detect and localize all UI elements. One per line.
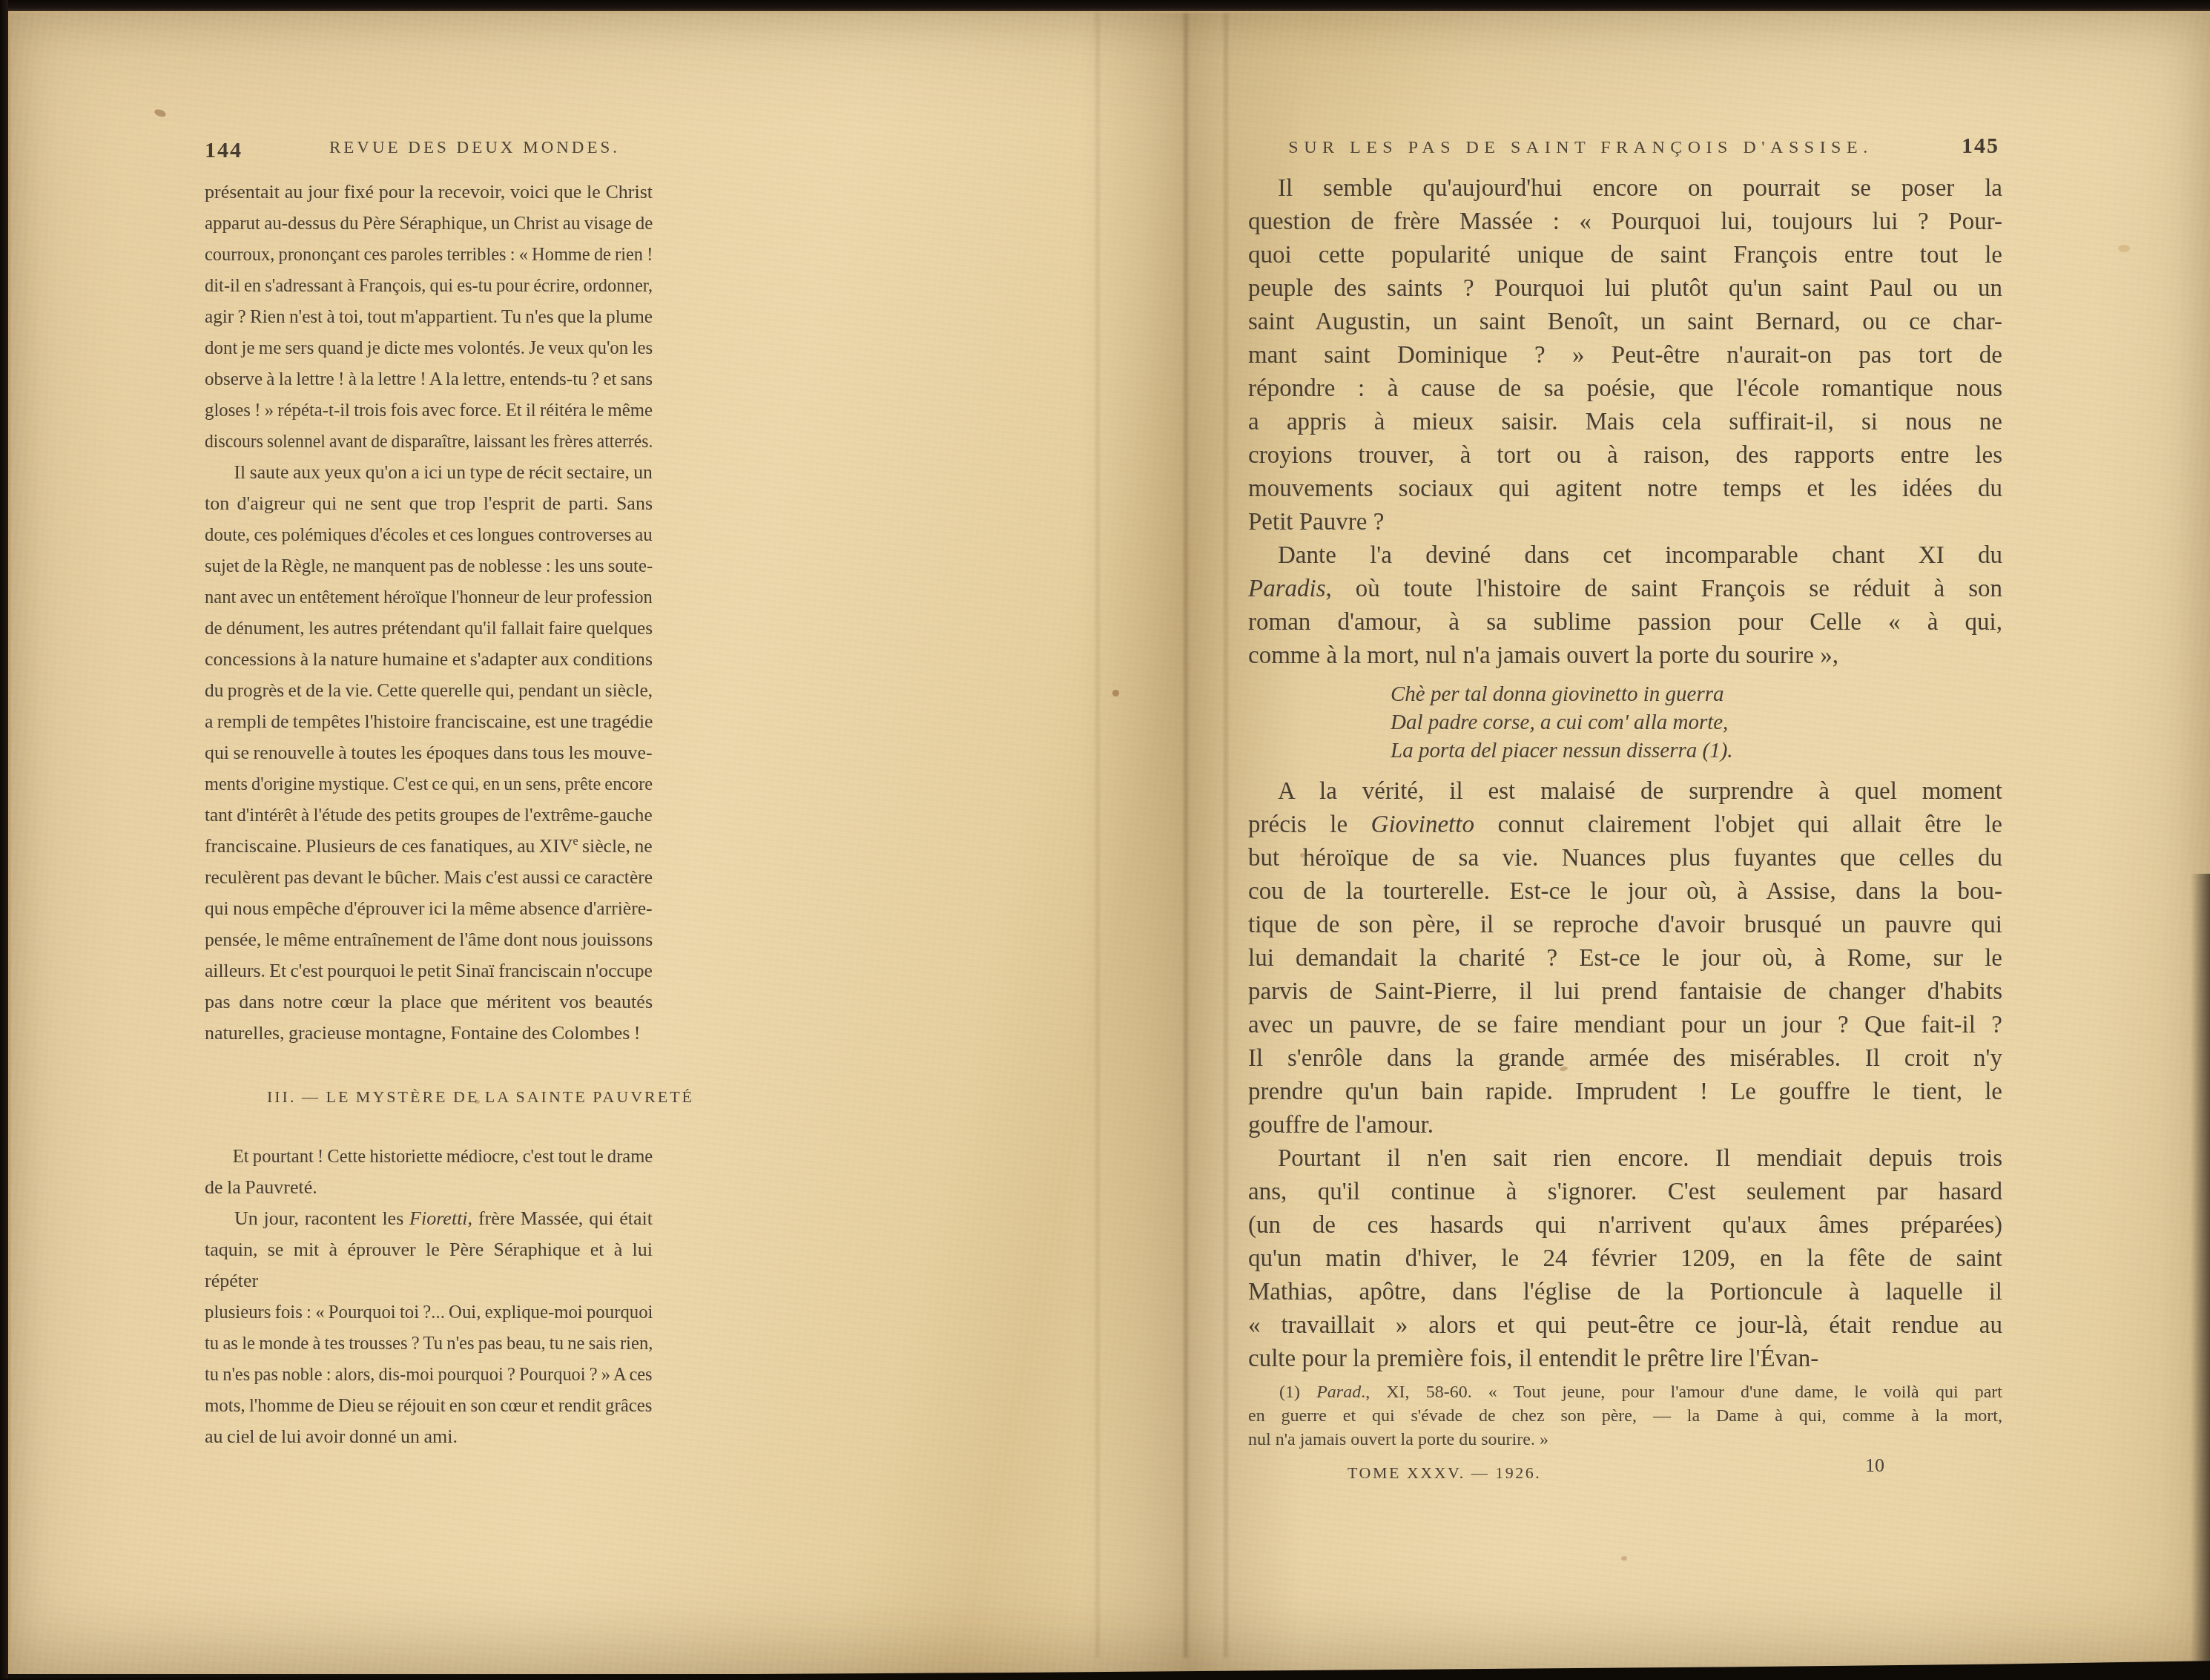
text-line: qui nous empêche d'éprouver ici la même …: [205, 893, 645, 924]
left-page-header: 144 REVUE DES DEUX MONDES.: [205, 138, 653, 168]
text-line: Petit Pauvre ?: [1248, 506, 2002, 539]
paragraph: présentait au jour fixé pour la recevoir…: [205, 177, 653, 457]
left-page-content: présentait au jour fixé pour la recevoir…: [205, 177, 653, 1452]
text-line: but héroïque de sa vie. Nuances plus fuy…: [1248, 842, 2002, 875]
text-line: apparut au-dessus du Père Séraphique, un…: [205, 208, 635, 239]
text-line: tant d'intérêt à l'étude des petits grou…: [205, 800, 639, 831]
right-page-content: Il semble qu'aujourd'hui encore on pourr…: [1248, 172, 2002, 1452]
text-line: parvis de Saint-Pierre, il lui prend fan…: [1248, 975, 2002, 1009]
tome-line: TOME XXXV. — 1926.: [1348, 1463, 1541, 1482]
text-line: ans, qu'il continue à s'ignorer. C'est s…: [1248, 1176, 2002, 1209]
text-line: gouffre de l'amour.: [1248, 1109, 2002, 1142]
paragraph: Il saute aux yeux qu'on a ici un type de…: [205, 457, 653, 1049]
text-line: a appris à mieux saisir. Mais cela suffi…: [1248, 406, 2002, 439]
footnote: (1) Parad., XI, 58-60. « Tout jeune, pou…: [1248, 1380, 2002, 1452]
left-running-title: REVUE DES DEUX MONDES.: [251, 138, 699, 157]
paragraph: A la vérité, il est malaisé de surprendr…: [1248, 775, 2002, 1142]
right-page-header: SUR LES PAS DE SAINT FRANÇOIS D'ASSISE. …: [1248, 138, 2002, 168]
text-line: Chè per tal donna giovinetto in guerra: [1391, 680, 2002, 708]
text-line: quoi cette popularité unique de saint Fr…: [1248, 239, 2002, 272]
text-line: culte pour la première fois, il entendit…: [1248, 1343, 2002, 1376]
text-line: tu n'es pas noble : alors, dis-moi pourq…: [205, 1359, 626, 1390]
scan-edge-top: [0, 0, 2210, 11]
scan-edge-left: [0, 0, 8, 1680]
text-line: agir ? Rien n'est à toi, tout m'appartie…: [205, 301, 639, 332]
scan-edge-right: [2191, 874, 2210, 1680]
text-line: Dante l'a deviné dans cet incomparable c…: [1248, 539, 2002, 573]
text-line: cou de la tourterelle. Est-ce le jour où…: [1248, 875, 2002, 909]
text-line: observe à la lettre ! à la lettre ! A la…: [205, 363, 637, 395]
paragraph: Dante l'a deviné dans cet incomparable c…: [1248, 539, 2002, 673]
text-line: roman d'amour, à sa sublime passion pour…: [1248, 606, 2002, 639]
text-line: répondre : à cause de sa poésie, que l'é…: [1248, 372, 2002, 406]
text-line: comme à la mort, nul n'a jamais ouvert l…: [1248, 639, 2002, 673]
text-line: reculèrent pas devant le bûcher. Mais c'…: [205, 862, 642, 893]
text-line: Pourtant il n'en sait rien encore. Il me…: [1248, 1142, 2002, 1176]
text-line: avec un pauvre, de se faire mendiant pou…: [1248, 1009, 2002, 1042]
right-page-footer: TOME XXXV. — 1926. 10: [1248, 1456, 2002, 1489]
text-line: précis le Giovinetto connut clairement l…: [1248, 808, 2002, 842]
text-line: Mathias, apôtre, dans l'église de la Por…: [1248, 1276, 2002, 1309]
text-line: lui demandait la charité ? Est-ce le jou…: [1248, 942, 2002, 975]
text-line: question de frère Massée : « Pourquoi lu…: [1248, 205, 2002, 239]
right-running-title: SUR LES PAS DE SAINT FRANÇOIS D'ASSISE.: [1204, 138, 1958, 158]
text-line: Il s'enrôle dans la grande armée des mis…: [1248, 1042, 2002, 1075]
page-left: 144 REVUE DES DEUX MONDES. présentait au…: [205, 0, 653, 1680]
text-line: Paradis, où toute l'histoire de saint Fr…: [1248, 573, 2002, 606]
paragraph: Un jour, racontent les Fioretti, frère M…: [205, 1203, 653, 1452]
text-line: mant saint Dominique ? » Peut-être n'aur…: [1248, 339, 2002, 372]
text-line: mouvements sociaux qui agitent notre tem…: [1248, 472, 2002, 506]
text-line: dit-il en s'adressant à François, qui es…: [205, 270, 627, 301]
text-line: qui se renouvelle à toutes les époques d…: [205, 737, 650, 768]
text-line: peuple des saints ? Pourquoi lui plutôt …: [1248, 272, 2002, 306]
text-line: discours solennel avant de disparaître, …: [205, 426, 613, 457]
text-line: Et pourtant ! Cette historiette médiocre…: [205, 1141, 628, 1172]
right-page-number: 145: [1962, 134, 1999, 159]
text-line: dont je me sers quand je dicte mes volon…: [205, 332, 634, 363]
text-line: courroux, prononçant ces paroles terribl…: [205, 239, 625, 270]
text-line: franciscaine. Plusieurs de ces fanatique…: [205, 831, 647, 862]
left-page-number: 144: [205, 138, 243, 163]
text-line: Dal padre corse, a cui com' alla morte,: [1391, 708, 2002, 737]
text-line: ments d'origine mystique. C'est ce qui, …: [205, 768, 623, 800]
text-line: Il saute aux yeux qu'on a ici un type de…: [205, 457, 647, 488]
text-line: (1) Parad., XI, 58-60. « Tout jeune, pou…: [1248, 1380, 2002, 1404]
text-line: en guerre et qui s'évade de chez son pèr…: [1248, 1404, 2002, 1428]
text-line: concessions à la nature humaine et s'ada…: [205, 644, 649, 675]
text-line: La porta del piacer nessun disserra (1).: [1391, 737, 2002, 765]
text-line: tu as le monde à tes trousses ? Tu n'es …: [205, 1328, 630, 1359]
text-line: du progrès et de la vie. Cette querelle …: [205, 675, 643, 706]
gutter-crease: [1184, 11, 1187, 1658]
page-right: SUR LES PAS DE SAINT FRANÇOIS D'ASSISE. …: [1248, 0, 2002, 1680]
gutter-crease: [1224, 11, 1227, 1658]
text-line: (un de ces hasards qui n'arrivent qu'aux…: [1248, 1209, 2002, 1242]
text-line: tique de son père, il se reproche d'avoi…: [1248, 909, 2002, 942]
book-scan: 144 REVUE DES DEUX MONDES. présentait au…: [0, 0, 2210, 1680]
text-line: pas dans notre cœur la place que mériten…: [205, 986, 653, 1018]
text-line: de dénument, les autres prétendant qu'il…: [205, 613, 639, 644]
text-line: de la Pauvreté.: [205, 1172, 653, 1203]
text-line: gloses ! » répéta-t-il trois fois avec f…: [205, 395, 631, 426]
page-edge-highlight-left: [8, 11, 11, 1674]
text-line: naturelles, gracieuse montagne, Fontaine…: [205, 1018, 653, 1049]
text-line: ton d'aigreur qui ne sent que trop l'esp…: [205, 488, 653, 519]
text-line: nant avec un entêtement héroïque l'honne…: [205, 582, 629, 613]
paragraph: Pourtant il n'en sait rien encore. Il me…: [1248, 1142, 2002, 1376]
text-line: pensée, le même entraînement de l'âme do…: [205, 924, 647, 955]
left-page-text: présentait au jour fixé pour la recevoir…: [205, 177, 653, 1452]
text-line: Il semble qu'aujourd'hui encore on pourr…: [1248, 172, 2002, 205]
text-line: prendre qu'un bain rapide. Imprudent ! L…: [1248, 1075, 2002, 1109]
text-line: plusieurs fois : « Pourquoi toi ?... Oui…: [205, 1297, 631, 1328]
text-line: présentait au jour fixé pour la recevoir…: [205, 177, 653, 208]
text-line: taquin, se mit à éprouver le Père Séraph…: [205, 1234, 653, 1297]
text-line: ailleurs. Et c'est pourquoi le petit Sin…: [205, 955, 646, 986]
text-line: saint Augustin, un saint Benoît, un sain…: [1248, 306, 2002, 339]
text-line: sujet de la Règle, ne manquent pas de no…: [205, 550, 630, 582]
text-line: qu'un matin d'hiver, le 24 février 1209,…: [1248, 1242, 2002, 1276]
paragraph: Et pourtant ! Cette historiette médiocre…: [205, 1141, 653, 1203]
text-line: nul n'a jamais ouvert la porte du sourir…: [1248, 1428, 2002, 1452]
section-heading: III. — LE MYSTÈRE DE LA SAINTE PAUVRETÉ: [257, 1081, 705, 1113]
right-page-text: Il semble qu'aujourd'hui encore on pourr…: [1248, 172, 2002, 1489]
text-line: doute, ces polémiques d'écoles et ces lo…: [205, 519, 632, 550]
text-line: au ciel de lui avoir donné un ami.: [205, 1421, 653, 1452]
signature-mark: 10: [1865, 1449, 1884, 1482]
text-line: A la vérité, il est malaisé de surprendr…: [1248, 775, 2002, 808]
paragraph: Il semble qu'aujourd'hui encore on pourr…: [1248, 172, 2002, 539]
text-line: « travaillait » alors et qui peut-être c…: [1248, 1309, 2002, 1343]
gutter-crease: [1096, 11, 1099, 1658]
text-line: a rempli de tempêtes l'histoire francisc…: [205, 706, 647, 737]
text-line: mots, l'homme de Dieu se réjouit en son …: [205, 1390, 633, 1421]
verse-quote: Chè per tal donna giovinetto in guerraDa…: [1391, 680, 2002, 765]
text-line: croyions trouver, à tort ou à raison, de…: [1248, 439, 2002, 472]
text-line: Un jour, racontent les Fioretti, frère M…: [205, 1203, 653, 1234]
page-edge-highlight-top: [8, 11, 2210, 13]
